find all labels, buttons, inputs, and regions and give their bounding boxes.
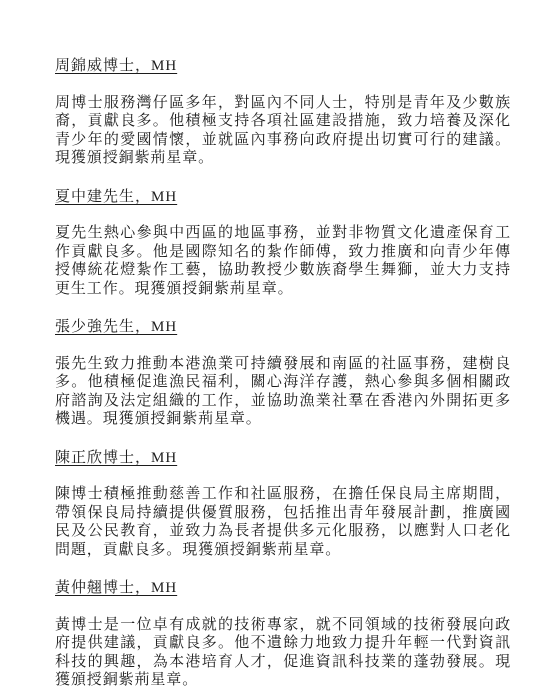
recipient-name-heading: 張少強先生，MH [55,318,511,337]
citation-paragraph: 周博士服務灣仔區多年，對區內不同人士，特別是青年及少數族裔，貢獻良多。他積極支持… [55,94,511,168]
document-page: 周錦威博士，MH 周博士服務灣仔區多年，對區內不同人士，特別是青年及少數族裔，貢… [0,0,557,699]
citation-paragraph: 陳博士積極推動慈善工作和社區服務，在擔任保良局主席期間，帶領保良局持續提供優質服… [55,485,511,559]
recipient-name-heading: 黃仲翹博士，MH [55,579,511,598]
citation-paragraph: 張先生致力推動本港漁業可持續發展和南區的社區事務，建樹良多。他積極促進漁民福利，… [55,355,511,429]
recipient-name-heading: 夏中建先生，MH [55,188,511,207]
recipient-name-heading: 陳正欣博士，MH [55,449,511,468]
recipient-name-heading: 周錦威博士，MH [55,57,511,76]
award-citation-section: 黃仲翹博士，MH 黃博士是一位卓有成就的技術專家，就不同領域的技術發展向政府提供… [55,579,511,690]
award-citation-section: 周錦威博士，MH 周博士服務灣仔區多年，對區內不同人士，特別是青年及少數族裔，貢… [55,57,511,168]
citation-paragraph: 黃博士是一位卓有成就的技術專家，就不同領域的技術發展向政府提供建議，貢獻良多。他… [55,616,511,690]
citation-paragraph: 夏先生熱心參與中西區的地區事務，並對非物質文化遺產保育工作貢獻良多。他是國際知名… [55,224,511,298]
award-citation-section: 張少強先生，MH 張先生致力推動本港漁業可持續發展和南區的社區事務，建樹良多。他… [55,318,511,429]
award-citation-section: 陳正欣博士，MH 陳博士積極推動慈善工作和社區服務，在擔任保良局主席期間，帶領保… [55,449,511,560]
award-citation-section: 夏中建先生，MH 夏先生熱心參與中西區的地區事務，並對非物質文化遺產保育工作貢獻… [55,188,511,299]
